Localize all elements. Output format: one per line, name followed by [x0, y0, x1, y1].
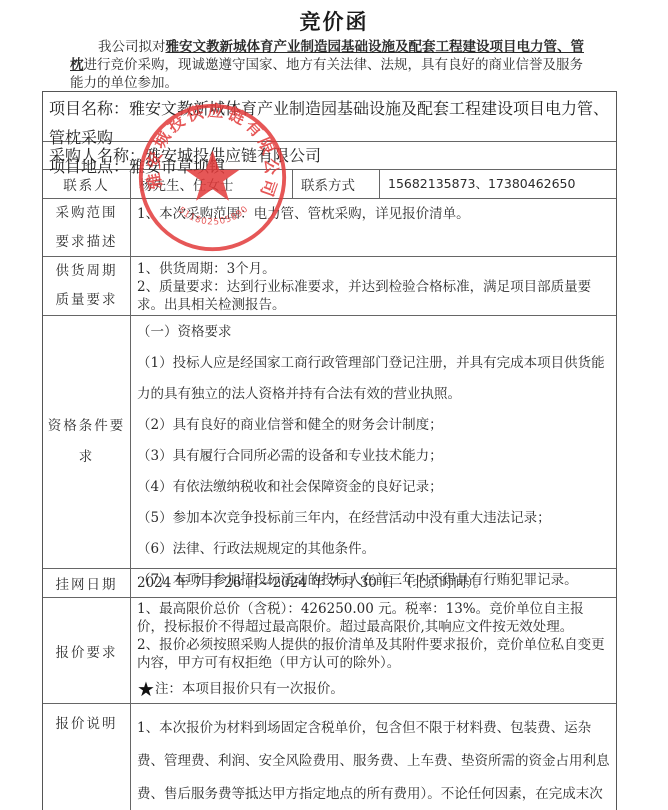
qualification-heading: （一）资格要求: [137, 317, 610, 348]
contact-person-label: 联系人: [43, 170, 131, 198]
bidding-table: 项目名称：雅安文教新城体育产业制造园基础设施及配套工程建设项目电力管、管枕采购 …: [42, 91, 617, 810]
scope-label: 采购范围要求描述: [43, 199, 131, 256]
delivery-label: 供货周期质量要求: [43, 257, 131, 315]
delivery-label-line2: 质量要求: [56, 286, 118, 315]
purchaser-row: 采购人名称：雅安城投供应链有限公司: [43, 141, 616, 169]
delivery-line-1: 1、供货周期：3个月。: [137, 260, 610, 278]
scope-label-line1: 采购范围: [56, 199, 118, 228]
contact-row: 联系人 杨先生、任女士 联系方式 15682135873、17380462650: [43, 169, 616, 198]
purchaser-value: 雅安城投供应链有限公司: [145, 146, 321, 165]
pricing-requirements-row: 报价要求 1、最高限价总价（含税）：426250.00 元。税率：13%。竞价单…: [43, 597, 616, 703]
qualification-item: （4）有依法缴纳税收和社会保障资金的良好记录；: [137, 472, 610, 503]
pricing-item-2: 2、报价必须按照采购人提供的报价清单及其附件要求报价，竞价单位私自变更内容，甲方…: [137, 636, 610, 672]
qualification-item: （5）参加本次竞争投标前三年内，在经营活动中没有重大违法记录；: [137, 503, 610, 534]
delivery-line-2: 2、质量要求：达到行业标准要求，并达到检验合格标准，满足项目部质量要求。出具相关…: [137, 278, 610, 314]
pricing-explanation-text: 1、本次报价为材料到场固定含税单价，包含但不限于材料费、包装费、运杂费、管理费、…: [131, 704, 616, 810]
scope-text: 1、本次采购范围：电力管、管枕采购，详见报价清单。: [131, 199, 616, 256]
posting-date-value: 2024 年 7 月 26 日—2024 年 7 月 30 日 （北京时间）。: [131, 569, 616, 597]
project-row: 项目名称：雅安文教新城体育产业制造园基础设施及配套工程建设项目电力管、管枕采购 …: [43, 92, 616, 141]
pricing-requirements-label: 报价要求: [43, 598, 131, 703]
pricing-item-1: 1、最高限价总价（含税）：426250.00 元。税率：13%。竞价单位自主报价…: [137, 600, 610, 636]
qualification-label-line1: 资格条件要: [48, 411, 126, 442]
contact-person-value: 杨先生、任女士: [131, 170, 293, 198]
pricing-requirements-text: 1、最高限价总价（含税）：426250.00 元。税率：13%。竞价单位自主报价…: [131, 598, 616, 703]
qualification-label: 资格条件要求: [43, 316, 131, 568]
delivery-label-line1: 供货周期: [56, 257, 118, 286]
qualification-item: （3）具有履行合同所必需的设备和专业技术能力；: [137, 441, 610, 472]
contact-phone-value: 15682135873、17380462650: [380, 170, 616, 198]
intro-paragraph: 我公司拟对雅安文教新城体育产业制造园基础设施及配套工程建设项目电力管、管枕进行竞…: [70, 38, 590, 92]
pricing-explanation-row: 报价说明 1、本次报价为材料到场固定含税单价，包含但不限于材料费、包装费、运杂费…: [43, 703, 616, 810]
pricing-note: ★注：本项目报价只有一次报价。: [137, 680, 610, 698]
delivery-row: 供货周期质量要求 1、供货周期：3个月。 2、质量要求：达到行业标准要求，并达到…: [43, 256, 616, 315]
posting-date-row: 挂网日期 2024 年 7 月 26 日—2024 年 7 月 30 日 （北京…: [43, 568, 616, 597]
qualification-item: （1）投标人应是经国家工商行政管理部门登记注册，并具有完成本项目供货能力的具有独…: [137, 348, 610, 410]
pricing-note-text: 注：本项目报价只有一次报价。: [155, 681, 344, 697]
qualification-row: 资格条件要求 （一）资格要求 （1）投标人应是经国家工商行政管理部门登记注册，并…: [43, 315, 616, 568]
qualification-item: （6）法律、行政法规规定的其他条件。: [137, 534, 610, 565]
project-name-label: 项目名称：: [49, 99, 129, 118]
scope-label-line2: 要求描述: [56, 228, 118, 257]
scope-row: 采购范围要求描述 1、本次采购范围：电力管、管枕采购，详见报价清单。: [43, 198, 616, 256]
pricing-explanation-label: 报价说明: [43, 704, 131, 810]
qualification-text: （一）资格要求 （1）投标人应是经国家工商行政管理部门登记注册，并具有完成本项目…: [131, 316, 616, 568]
intro-suffix: 进行竞价采购，现诚邀遵守国家、地方有关法律、法规，具有良好的商业信誉及服务能力的…: [70, 57, 583, 91]
intro-prefix: 我公司拟对: [98, 39, 166, 55]
purchaser-label: 采购人名称：: [49, 146, 145, 165]
star-icon: ★: [137, 677, 155, 701]
qualification-label-line2: 求: [79, 442, 95, 473]
contact-phone-label: 联系方式: [293, 170, 380, 198]
delivery-text: 1、供货周期：3个月。 2、质量要求：达到行业标准要求，并达到检验合格标准，满足…: [131, 257, 616, 315]
qualification-item: （2）具有良好的商业信誉和健全的财务会计制度；: [137, 410, 610, 441]
page-title: 竞价函: [0, 6, 668, 36]
project-name-value: 雅安文教新城体育产业制造园基础设施及配套工程建设项目电力管、管枕采购: [49, 99, 609, 147]
posting-date-label: 挂网日期: [43, 569, 131, 597]
